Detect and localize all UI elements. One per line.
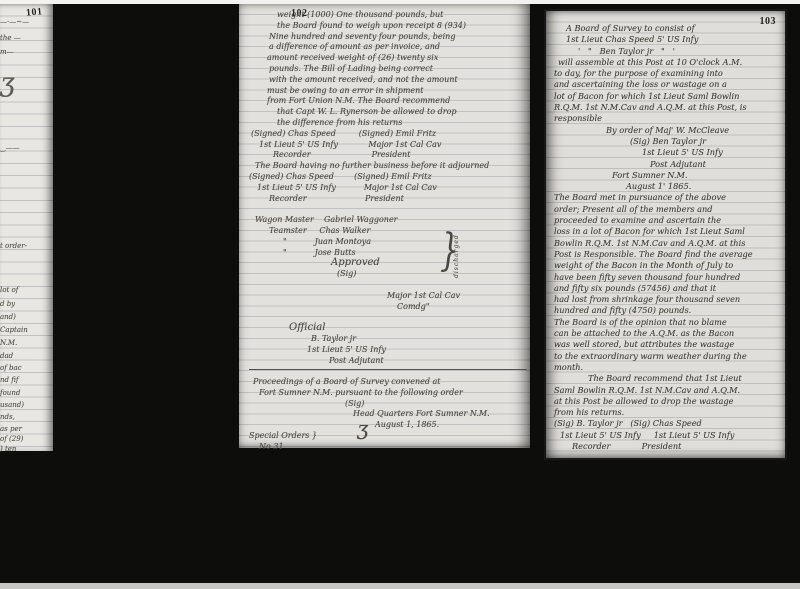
manuscript-line: amount received weight of (26) twenty si… xyxy=(267,53,527,64)
manuscript-line: d by xyxy=(0,300,15,308)
manuscript-line: had lost from shrinkage four thousand se… xyxy=(554,294,780,305)
manuscript-line: Head Quarters Fort Sumner N.M. xyxy=(353,409,527,420)
manuscript-line: of (29) xyxy=(0,435,23,443)
manuscript-line: Fort Sumner N.M. pursuant to the followi… xyxy=(259,388,527,399)
page-103-text: A Board of Survey to consist of1st Lieut… xyxy=(554,23,780,452)
manuscript-line: from Fort Union N.M. The Board recommend xyxy=(267,96,527,107)
manuscript-line: at this Post be allowed to drop the wast… xyxy=(554,396,780,407)
page-101: 101 —·—~—the —m—ʒ‿——t order-lot ofd byan… xyxy=(0,4,53,451)
manuscript-line: the Board found to weigh upon receipt 8 … xyxy=(277,21,527,32)
page-102: 102 weight (1000) One thousand pounds, b… xyxy=(239,4,530,448)
manuscript-line: usand) xyxy=(0,401,24,409)
manuscript-line: to the extraordinary warm weather during… xyxy=(554,351,780,362)
manuscript-line: loss in a lot of Bacon for which 1st Lie… xyxy=(554,226,780,237)
manuscript-line: have been fifty seven thousand four hund… xyxy=(554,272,780,283)
manuscript-line xyxy=(249,280,527,291)
manuscript-line: a difference of amount as per invoice, a… xyxy=(269,42,527,53)
manuscript-line: order; Present all of the members and xyxy=(554,204,780,215)
manuscript-line: The Board met in pursuance of the above xyxy=(554,192,780,203)
manuscript-line: Post Adjutant xyxy=(329,356,527,367)
manuscript-line: t order- xyxy=(0,242,27,250)
manuscript-line: Teamster Chas Walker xyxy=(269,226,527,237)
manuscript-line: August 1, 1865. xyxy=(375,420,527,431)
roster-vertical-note: discharged xyxy=(453,234,460,278)
manuscript-line: 1st Lieut 5' US Infy Major 1st Cal Cav xyxy=(259,140,527,151)
manuscript-line: Recorder President xyxy=(273,150,527,161)
manuscript-line: The Board having no further business bef… xyxy=(255,161,527,172)
manuscript-line: (Sig) xyxy=(345,399,527,410)
page-103: 103 A Board of Survey to consist of1st L… xyxy=(544,9,787,460)
manuscript-line: of bac xyxy=(0,364,22,372)
manuscript-line: dad xyxy=(0,352,13,360)
manuscript-line: and ascertaining the loss or wastage on … xyxy=(554,79,780,90)
manuscript-line: Wagon Master Gabriel Waggoner xyxy=(255,215,527,226)
manuscript-line: N.M. xyxy=(0,339,17,347)
manuscript-line: Nine hundred and seventy four pounds, be… xyxy=(269,32,527,43)
manuscript-line: A Board of Survey to consist of xyxy=(566,23,780,34)
manuscript-line: ' " Ben Taylor jr " ' xyxy=(578,46,780,57)
manuscript-line: Major 1st Cal Cav xyxy=(387,291,527,302)
manuscript-line: Special Orders } xyxy=(249,431,527,442)
manuscript-line: month. xyxy=(554,362,780,373)
manuscript-line: the — xyxy=(0,34,21,42)
manuscript-line: (Sig) Ben Taylor jr xyxy=(630,136,780,147)
manuscript-line: nd fif xyxy=(0,376,18,384)
manuscript-line: R.Q.M. 1st N.M.Cav and A.Q.M. at this Po… xyxy=(554,102,780,113)
manuscript-line: ʒ xyxy=(0,68,15,98)
manuscript-line: Bowlin R.Q.M. 1st N.M.Cav and A.Q.M. at … xyxy=(554,238,780,249)
film-edge-bottom xyxy=(0,583,800,589)
manuscript-line: lot of xyxy=(0,286,18,294)
microfilm-frame: 101 —·—~—the —m—ʒ‿——t order-lot ofd byan… xyxy=(0,0,800,589)
manuscript-line: will assemble at this Post at 10 O'clock… xyxy=(558,57,780,68)
manuscript-line: Recorder President xyxy=(572,441,780,452)
manuscript-line: Recorder President xyxy=(269,194,527,205)
manuscript-line: Approved xyxy=(331,258,527,269)
microfilm-scan-viewport: { "colors": { "background": "#0d0d0c", "… xyxy=(0,0,800,589)
manuscript-line: proceeded to examine and ascertain the xyxy=(554,215,780,226)
manuscript-line: to day, for the purpose of examining int… xyxy=(554,68,780,79)
manuscript-line: ‿—— xyxy=(0,144,20,152)
manuscript-line: hundred and fifty (4750) pounds. xyxy=(554,305,780,316)
manuscript-line: Official xyxy=(289,323,527,334)
manuscript-line: Comdg" xyxy=(397,302,527,313)
page-101-fragments: —·—~—the —m—ʒ‿——t order-lot ofd byand)Ca… xyxy=(0,4,53,451)
manuscript-line: nds, xyxy=(0,413,15,421)
manuscript-line: 1st Lieut 5' US Infy xyxy=(642,147,780,158)
manuscript-line: Post Adjutant xyxy=(650,159,780,170)
manuscript-line: (Signed) Chas Speed (Signed) Emil Fritz xyxy=(251,129,527,140)
page-102-text: weight (1000) One thousand pounds, butth… xyxy=(249,10,527,453)
manuscript-line: and) xyxy=(0,313,16,321)
manuscript-line: must be owing to an error in shipment xyxy=(267,86,527,97)
manuscript-line: 1st Lieut Chas Speed 5' US Infy xyxy=(566,34,780,45)
manuscript-line: B. Taylor jr xyxy=(311,334,527,345)
manuscript-line: The Board recommend that 1st Lieut xyxy=(588,373,780,384)
manuscript-line: from his returns. xyxy=(554,407,780,418)
manuscript-line: and fifty six pounds (57456) and that it xyxy=(554,283,780,294)
manuscript-line: August 1' 1865. xyxy=(626,181,780,192)
manuscript-line: lot of Bacon for which 1st Lieut Saml Bo… xyxy=(554,91,780,102)
manuscript-line: (Sig) xyxy=(337,269,527,280)
manuscript-line: The Board is of the opinion that no blam… xyxy=(554,317,780,328)
manuscript-line: weight (1000) One thousand pounds, but xyxy=(277,10,527,21)
manuscript-line: ) ten xyxy=(0,445,16,453)
manuscript-line: as per xyxy=(0,425,22,433)
clerk-flourish-glyph: ʒ xyxy=(357,416,368,440)
manuscript-line: found xyxy=(0,389,20,397)
manuscript-line: that Capt W. L. Rynerson be allowed to d… xyxy=(277,107,527,118)
manuscript-line: m— xyxy=(0,48,14,56)
manuscript-line: Post is Responsible. The Board find the … xyxy=(554,249,780,260)
manuscript-line: weight of the Bacon in the Month of July… xyxy=(554,260,780,271)
manuscript-line: —·—~— xyxy=(0,18,29,26)
manuscript-line: (Signed) Chas Speed (Signed) Emil Fritz xyxy=(249,172,527,183)
manuscript-line: Fort Sumner N.M. xyxy=(612,170,780,181)
manuscript-line: " Jose Butts xyxy=(283,248,527,259)
manuscript-line: with the amount received, and not the am… xyxy=(269,75,527,86)
manuscript-line: was well stored, but attributes the wast… xyxy=(554,339,780,350)
manuscript-line: pounds. The Bill of Lading being correct xyxy=(269,64,527,75)
manuscript-line: the difference from his returns xyxy=(277,118,527,129)
manuscript-line: 1st Lieut 5' US Infy 1st Lieut 5' US Inf… xyxy=(560,430,780,441)
manuscript-line: Proceedings of a Board of Survey convene… xyxy=(253,377,527,388)
manuscript-line: Captain xyxy=(0,326,28,334)
manuscript-line: By order of Maj' W. McCleave xyxy=(606,125,780,136)
manuscript-line: " Juan Montoya xyxy=(283,237,527,248)
manuscript-line: Saml Bowlin R.Q.M. 1st N.M.Cav and A.Q.M… xyxy=(554,385,780,396)
manuscript-line: responsible xyxy=(554,113,780,124)
manuscript-line: 1st Lieut 5' US Infy xyxy=(307,345,527,356)
divider-line xyxy=(249,366,527,377)
manuscript-line: can be attached to the A.Q.M. as the Bac… xyxy=(554,328,780,339)
manuscript-line: 1st Lieut 5' US Infy Major 1st Cal Cav xyxy=(257,183,527,194)
manuscript-line: (Sig) B. Taylor jr (Sig) Chas Speed xyxy=(554,418,780,429)
manuscript-line: No 31 xyxy=(259,442,527,453)
manuscript-line xyxy=(249,204,527,215)
